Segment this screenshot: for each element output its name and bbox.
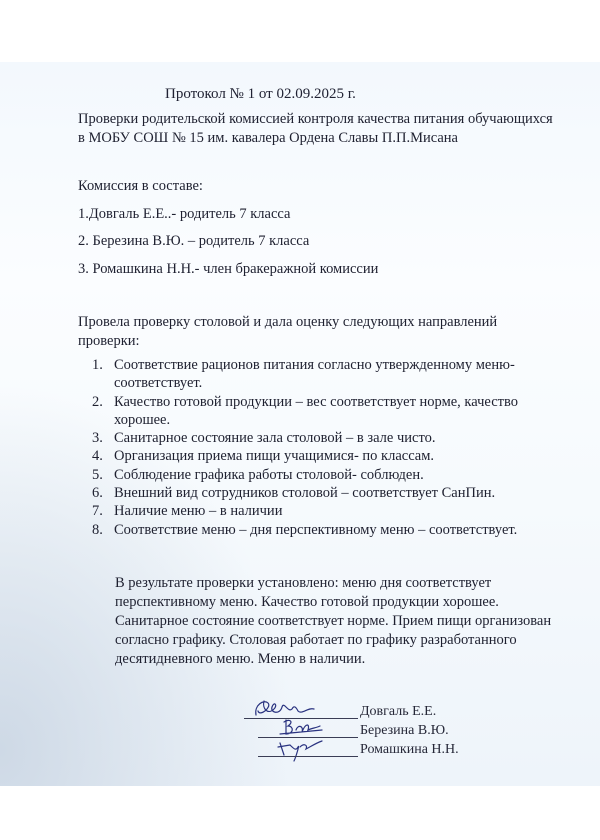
inspection-checklist: 1. Соответствие рационов питания согласн… <box>92 356 562 539</box>
item-text: хорошее. <box>114 411 562 429</box>
document-title: Протокол № 1 от 02.09.2025 г. <box>165 86 356 103</box>
item-text: Санитарное состояние зала столовой – в з… <box>114 429 562 447</box>
item-number: 6. <box>92 484 114 502</box>
conclusion-line: В результате проверки установлено: меню … <box>115 574 585 593</box>
item-number: 7. <box>92 502 114 520</box>
subject-line: в МОБУ СОШ № 15 им. кавалера Ордена Слав… <box>78 129 553 148</box>
document-subject: Проверки родительской комиссией контроля… <box>78 110 553 148</box>
handwritten-signature-icon <box>250 733 340 763</box>
conclusion-line: Санитарное состояние соответствует норме… <box>115 612 585 631</box>
item-text: Организация приема пищи учащимися- по кл… <box>114 447 562 465</box>
signatory-name: Ромашкина Н.Н. <box>360 742 459 758</box>
inspection-intro: Провела проверку столовой и дала оценку … <box>78 313 548 351</box>
checklist-item: 7. Наличие меню – в наличии <box>92 502 562 520</box>
item-text: Соответствие рационов питания согласно у… <box>114 356 562 374</box>
signatory-name: Довгаль Е.Е. <box>360 704 436 720</box>
signatory-name: Березина В.Ю. <box>360 723 449 739</box>
conclusion-line: десятидневного меню. Меню в наличии. <box>115 650 585 669</box>
commission-label: Комиссия в составе: <box>78 178 203 195</box>
item-number: 3. <box>92 429 114 447</box>
commission-member: 2. Березина В.Ю. – родитель 7 класса <box>78 233 309 250</box>
item-text: соответствует. <box>114 374 562 392</box>
item-number: 1. <box>92 356 114 393</box>
signature-block: Довгаль Е.Е. Березина В.Ю. Ромашкина Н.Н… <box>240 703 490 760</box>
inspection-conclusion: В результате проверки установлено: меню … <box>115 574 585 669</box>
item-text: Соответствие меню – дня перспективному м… <box>114 521 562 539</box>
item-text: Внешний вид сотрудников столовой – соотв… <box>114 484 562 502</box>
subject-line: Проверки родительской комиссией контроля… <box>78 110 553 129</box>
checklist-item: 2. Качество готовой продукции – вес соот… <box>92 393 562 430</box>
checklist-item: 4. Организация приема пищи учащимися- по… <box>92 447 562 465</box>
intro-line: Провела проверку столовой и дала оценку … <box>78 313 548 332</box>
item-text: Соблюдение графика работы столовой- собл… <box>114 466 562 484</box>
checklist-item: 1. Соответствие рационов питания согласн… <box>92 356 562 393</box>
commission-member: 3. Ромашкина Н.Н.- член бракеражной коми… <box>78 261 378 278</box>
checklist-item: 8. Соответствие меню – дня перспективном… <box>92 521 562 539</box>
signature-row: Ромашкина Н.Н. <box>240 741 490 760</box>
item-text: Наличие меню – в наличии <box>114 502 562 520</box>
commission-member: 1.Довгаль Е.Е..- родитель 7 класса <box>78 206 290 223</box>
item-text: Качество готовой продукции – вес соответ… <box>114 393 562 411</box>
checklist-item: 3. Санитарное состояние зала столовой – … <box>92 429 562 447</box>
intro-line: проверки: <box>78 332 548 351</box>
conclusion-line: перспективному меню. Качество готовой пр… <box>115 593 585 612</box>
checklist-item: 5. Соблюдение графика работы столовой- с… <box>92 466 562 484</box>
signature-line <box>258 756 358 757</box>
item-number: 5. <box>92 466 114 484</box>
item-number: 2. <box>92 393 114 430</box>
checklist-item: 6. Внешний вид сотрудников столовой – со… <box>92 484 562 502</box>
item-number: 8. <box>92 521 114 539</box>
item-number: 4. <box>92 447 114 465</box>
conclusion-line: согласно графику. Столовая работает по г… <box>115 631 585 650</box>
